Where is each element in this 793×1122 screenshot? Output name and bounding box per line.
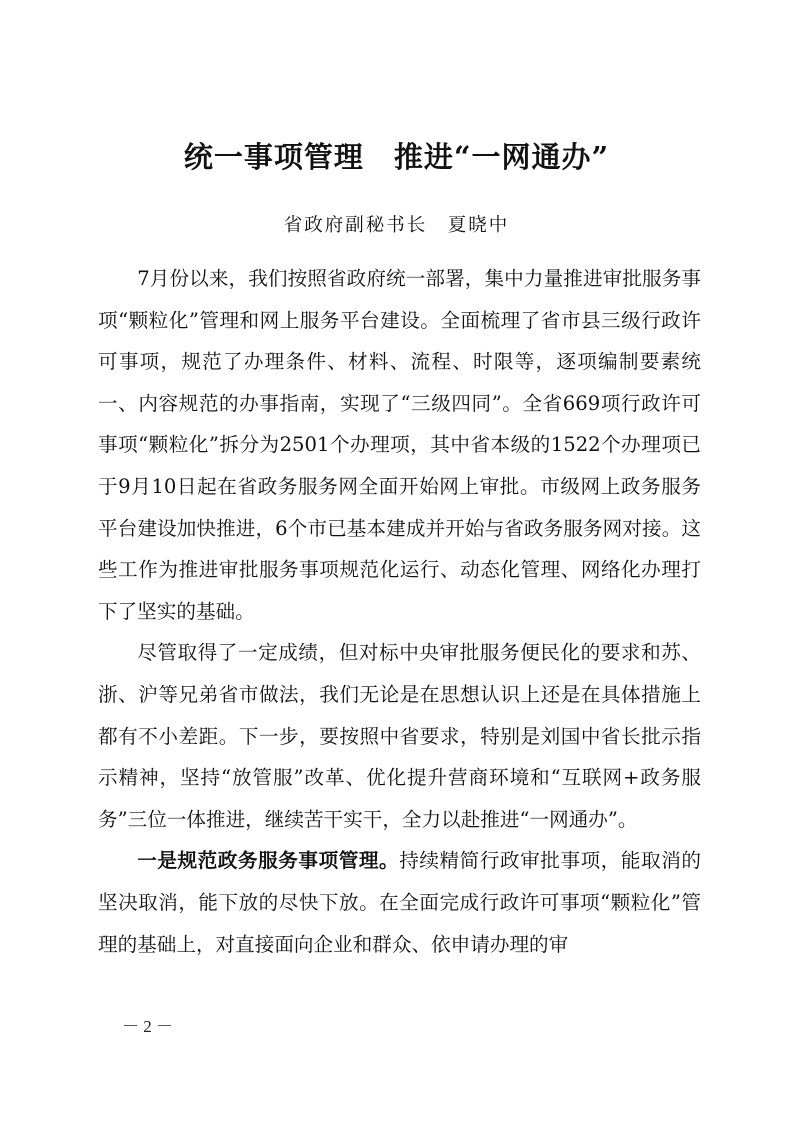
author-line: 省政府副秘书长 夏晓中 — [0, 212, 793, 240]
document-page: 统一事项管理 推进“一网通办” 省政府副秘书长 夏晓中 7月份以来，我们按照省政… — [0, 0, 793, 1122]
paragraph-2: 尽管取得了一定成绩，但对标中央审批服务便民化的要求和苏、浙、沪等兄弟省市做法，我… — [98, 632, 701, 840]
page-number: － 2 － — [122, 1015, 173, 1039]
paragraph-text: 7月份以来，我们按照省政府统一部署，集中力量推进审批服务事项“颗粒化”管理和网上… — [98, 267, 701, 623]
document-body: 7月份以来，我们按照省政府统一部署，集中力量推进审批服务事项“颗粒化”管理和网上… — [98, 258, 701, 965]
paragraph-lead-heading: 一是规范政务服务事项管理。 — [137, 849, 399, 872]
paragraph-text: 尽管取得了一定成绩，但对标中央审批服务便民化的要求和苏、浙、沪等兄弟省市做法，我… — [98, 641, 701, 830]
paragraph-1: 7月份以来，我们按照省政府统一部署，集中力量推进审批服务事项“颗粒化”管理和网上… — [98, 258, 701, 632]
document-title: 统一事项管理 推进“一网通办” — [0, 137, 793, 177]
paragraph-3: 一是规范政务服务事项管理。持续精简行政审批事项，能取消的坚决取消，能下放的尽快下… — [98, 840, 701, 965]
